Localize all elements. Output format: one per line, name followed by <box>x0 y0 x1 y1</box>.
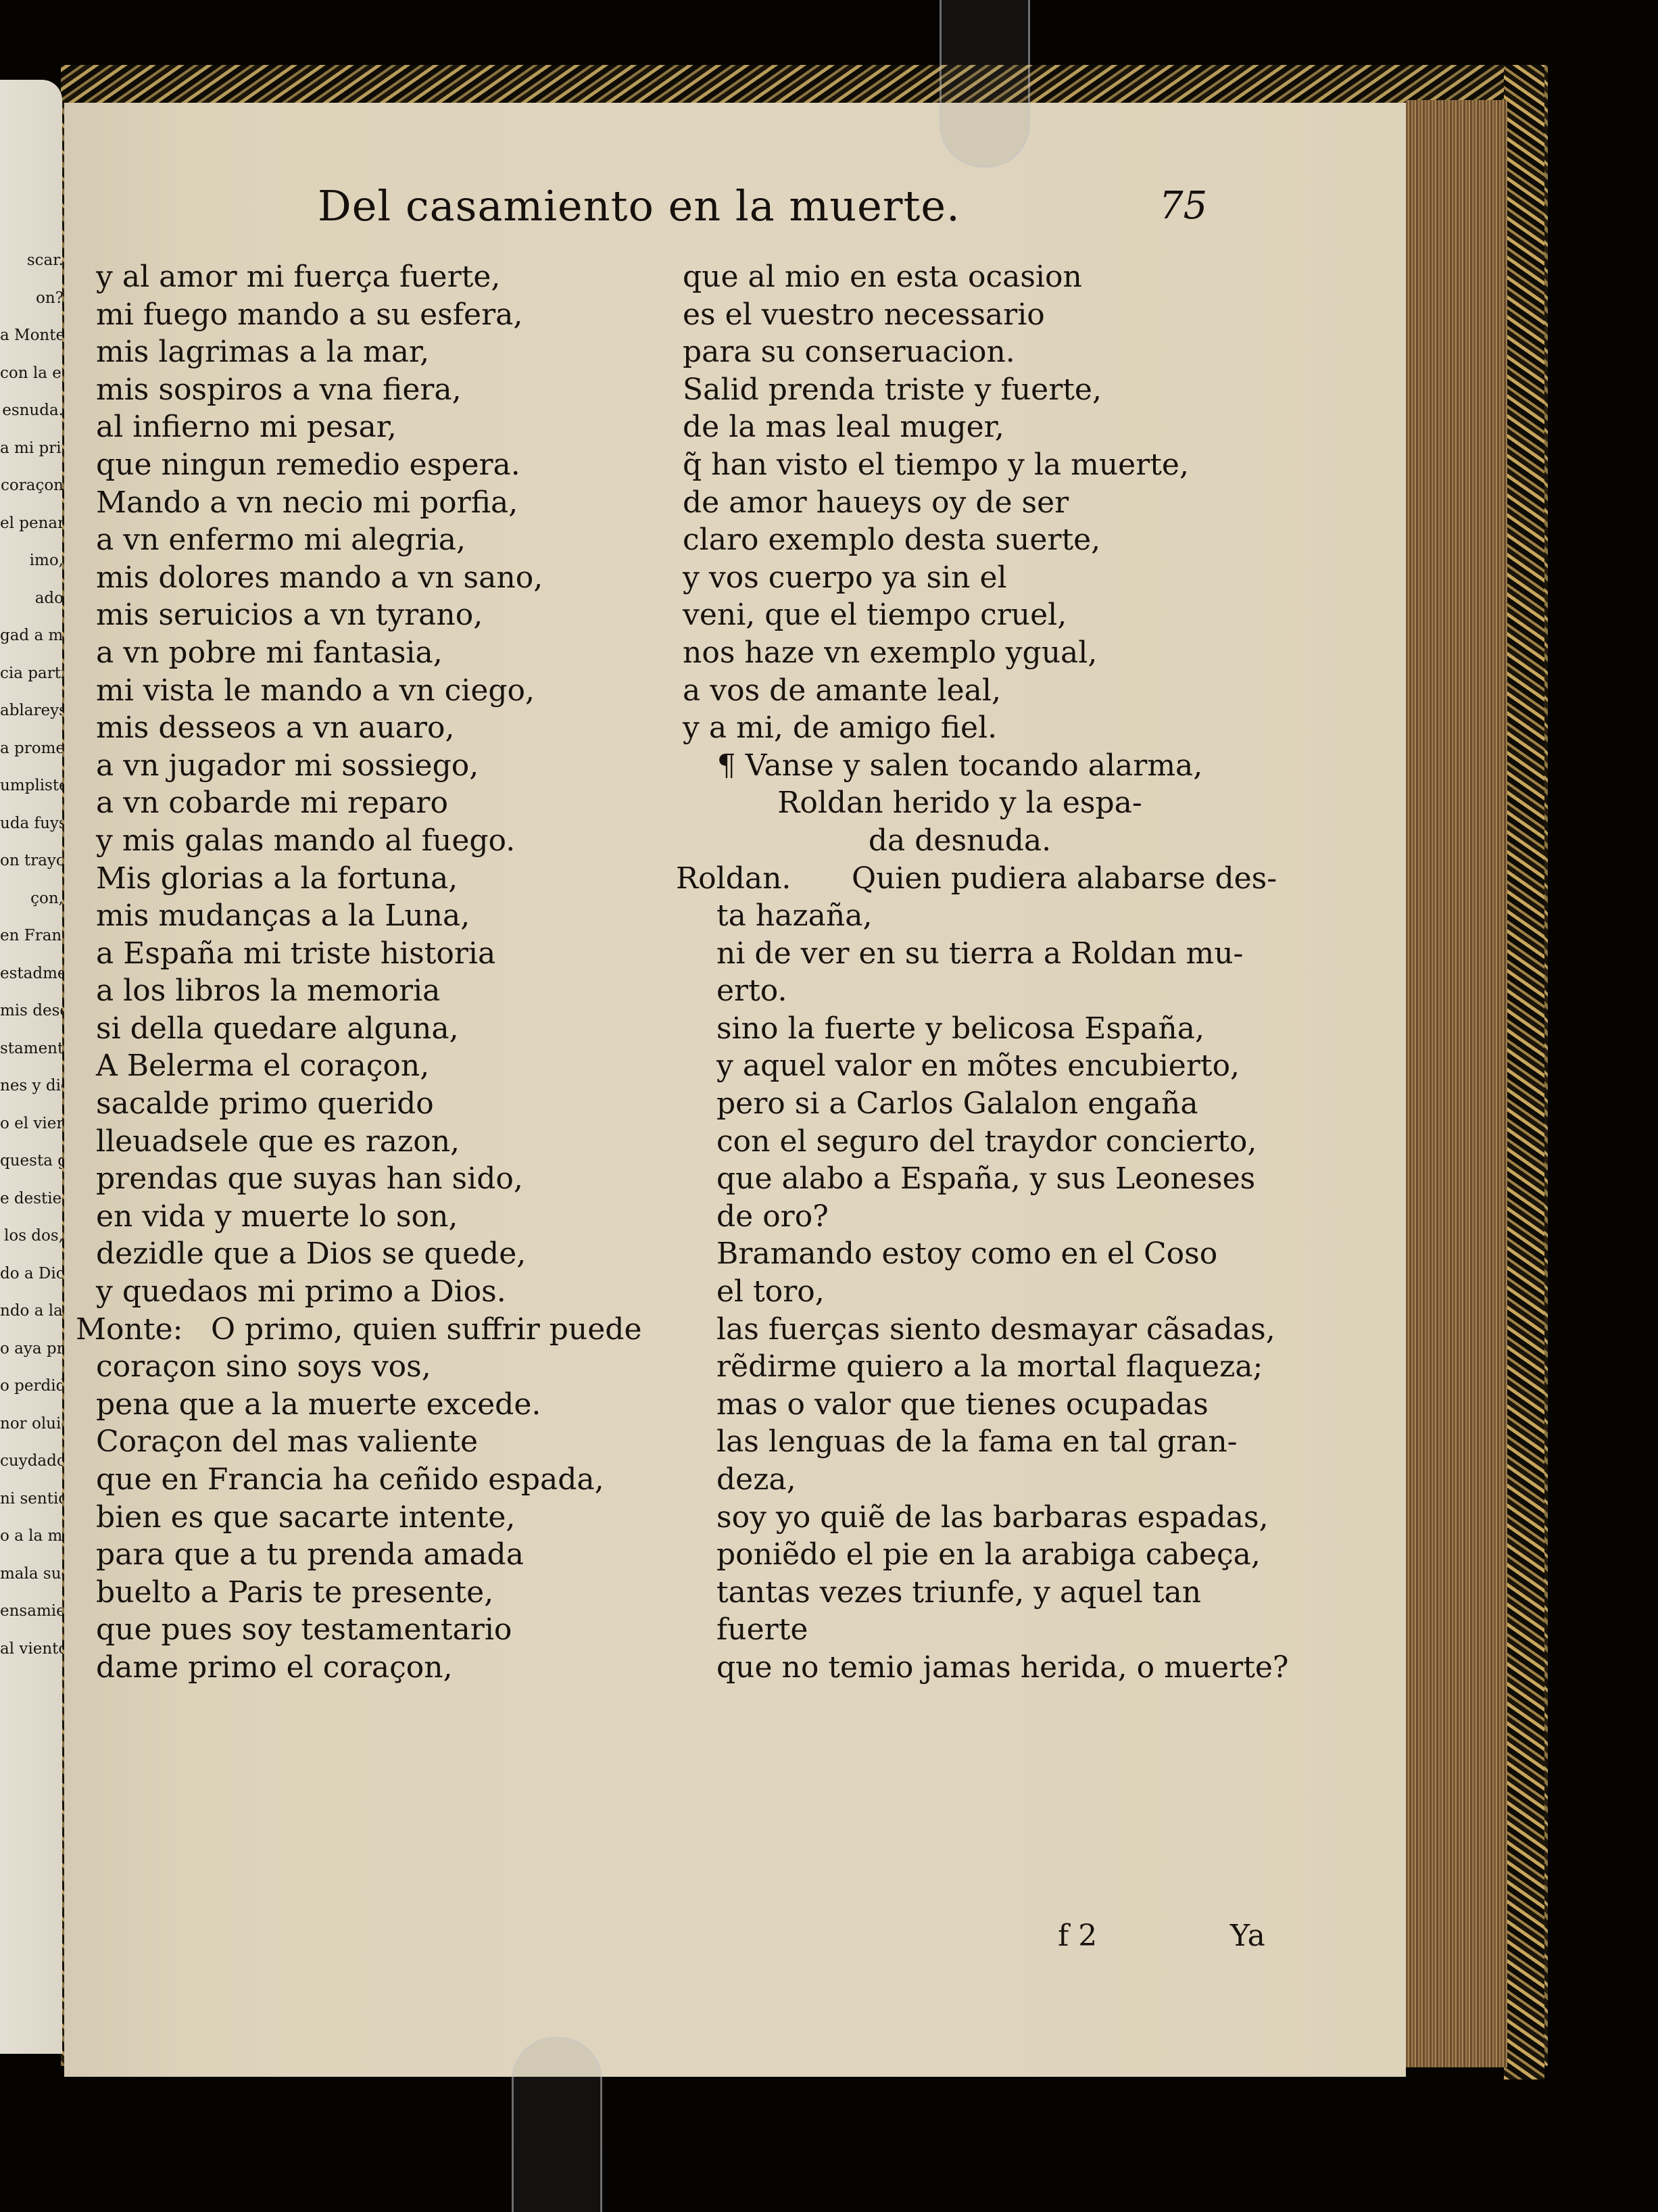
verse-line: para que a tu prenda amada <box>96 1536 642 1574</box>
verse-line: al infierno mi pesar, <box>96 408 642 446</box>
verse-line: el toro, <box>683 1273 1289 1311</box>
signature-mark: f 2 <box>1058 1919 1097 1953</box>
verse-text: mis sospiros a vna fiera, <box>96 372 462 407</box>
verse-text: que alabo a España, y sus Leoneses <box>683 1161 1255 1196</box>
verse-line: Salid prenda triste y fuerte, <box>683 371 1289 409</box>
verse-line: que ningun remedio espera. <box>96 446 642 484</box>
verse-text: y quedaos mi primo a Dios. <box>96 1274 506 1309</box>
verse-line: y vos cuerpo ya sin el <box>683 559 1289 597</box>
verse-text: mas o valor que tienes ocupadas <box>683 1387 1209 1422</box>
facing-page-line: a prometi, <box>0 730 62 768</box>
verse-text: en vida y muerte lo son, <box>96 1199 458 1234</box>
facing-page-line: cuydado, <box>0 1443 62 1481</box>
verse-text: poniẽdo el pie en la arabiga cabeça, <box>683 1537 1261 1572</box>
verse-line: dame primo el coraçon, <box>96 1649 642 1687</box>
verse-line: a vn jugador mi sossiego, <box>96 747 642 785</box>
verse-line: que alabo a España, y sus Leoneses <box>683 1160 1289 1198</box>
facing-page-line: on traycion <box>0 842 62 880</box>
verse-text: tantas vezes triunfe, y aquel tan <box>683 1575 1201 1610</box>
verse-line: de amor haueys oy de ser <box>683 484 1289 522</box>
facing-page-line: o el viento. <box>0 1105 62 1143</box>
verse-text: prendas que suyas han sido, <box>96 1161 523 1196</box>
verse-line: ta hazaña, <box>683 897 1289 935</box>
text-column-left: y al amor mi fuerça fuerte,mi fuego mand… <box>96 258 642 1687</box>
facing-page-line: cia parti <box>0 655 62 693</box>
verse-text: a vn enfermo mi alegria, <box>96 523 466 557</box>
stage-direction: da desnuda. <box>683 822 1237 860</box>
verse-text: a España mi triste historia <box>96 936 495 971</box>
facing-page-line: çon, <box>0 880 62 918</box>
verse-text: a vn pobre mi fantasia, <box>96 635 443 670</box>
verse-text: el toro, <box>683 1274 825 1309</box>
text-column-right: que al mio en esta ocasiones el vuestro … <box>683 258 1289 1687</box>
verse-line: pero si a Carlos Galalon engaña <box>683 1085 1289 1123</box>
page-clip-bottom <box>512 2037 602 2212</box>
speaker-label: Roldan. <box>676 860 791 898</box>
verse-line: Bramando estoy como en el Coso <box>683 1235 1289 1273</box>
facing-page-line: mis desdicha <box>0 992 62 1030</box>
verse-line: dezidle que a Dios se quede, <box>96 1235 642 1273</box>
verse-line: mis dolores mando a vn sano, <box>96 559 642 597</box>
verse-line: a vn cobarde mi reparo <box>96 784 642 822</box>
facing-page-line: o a la muerte, <box>0 1518 62 1556</box>
verse-line: lleuadsele que es razon, <box>96 1123 642 1161</box>
facing-page-text: scar.on?a Montesincon la es.esnuda.a mi … <box>0 80 62 1668</box>
verse-text: soy yo quiẽ de las barbaras espadas, <box>683 1500 1269 1535</box>
verse-line: buelto a Paris te presente, <box>96 1574 642 1612</box>
verse-text: y mis galas mando al fuego. <box>96 823 515 858</box>
verse-text: y a mi, de amigo fiel. <box>683 711 997 745</box>
verse-line: nos haze vn exemplo ygual, <box>683 634 1289 672</box>
verse-line: y a mi, de amigo fiel. <box>683 709 1289 747</box>
verse-text: mis lagrimas a la mar, <box>96 335 429 369</box>
verse-text: es el vuestro necessario <box>683 297 1045 332</box>
facing-page-line: en Francia di <box>0 917 62 955</box>
verse-line: mis lagrimas a la mar, <box>96 333 642 371</box>
verse-line: si della quedare alguna, <box>96 1010 642 1048</box>
facing-page-fragment: scar.on?a Montesincon la es.esnuda.a mi … <box>0 80 62 2054</box>
verse-line: mi fuego mando a su esfera, <box>96 296 642 334</box>
facing-page-line: esnuda. <box>0 392 62 430</box>
verse-text: las fuerças siento desmayar cãsadas, <box>683 1312 1275 1347</box>
facing-page-line: e destierra, <box>0 1180 62 1218</box>
stage-direction-text: Roldan herido y la espa- <box>777 786 1142 820</box>
page-number: 75 <box>1159 184 1207 228</box>
facing-page-line: al viento, <box>0 1631 62 1668</box>
verse-text: Coraçon del mas valiente <box>96 1424 478 1459</box>
verse-line: q̃ han visto el tiempo y la muerte, <box>683 446 1289 484</box>
verse-text: mi fuego mando a su esfera, <box>96 297 522 332</box>
verse-text: mis desseos a vn auaro, <box>96 711 455 745</box>
verse-line: pena que a la muerte excede. <box>96 1386 642 1424</box>
verse-line: rẽdirme quiero a la mortal flaqueza; <box>683 1348 1289 1386</box>
verse-line: erto. <box>683 972 1289 1010</box>
facing-page-line: a mi primo <box>0 430 62 468</box>
verse-text: si della quedare alguna, <box>96 1011 459 1046</box>
verse-line: Roldan.Quien pudiera alabarse des- <box>683 860 1289 898</box>
running-head: Del casamiento en la muerte. <box>318 181 960 231</box>
verse-text: de amor haueys oy de ser <box>683 485 1069 520</box>
verse-line: a vn pobre mi fantasia, <box>96 634 642 672</box>
verse-text: rẽdirme quiero a la mortal flaqueza; <box>683 1349 1263 1384</box>
stage-direction: ¶ Vanse y salen tocando alarma, <box>683 747 1237 785</box>
verse-text: que al mio en esta ocasion <box>683 260 1082 294</box>
verse-line: es el vuestro necessario <box>683 296 1289 334</box>
verse-line: deza, <box>683 1461 1289 1499</box>
verse-text: bien es que sacarte intente, <box>96 1500 515 1535</box>
verse-line: Monte:O primo, quien suffrir puede <box>96 1311 642 1349</box>
verse-text: mi vista le mando a vn ciego, <box>96 673 535 708</box>
verse-line: sino la fuerte y belicosa España, <box>683 1010 1289 1048</box>
facing-page-line: mala suerte, <box>0 1556 62 1593</box>
verse-text: a vn cobarde mi reparo <box>96 786 448 820</box>
facing-page-line: scar. <box>0 242 62 280</box>
facing-page-line: nes y dichas <box>0 1067 62 1105</box>
verse-line: y al amor mi fuerça fuerte, <box>96 258 642 296</box>
verse-text: a vos de amante leal, <box>683 673 1001 708</box>
verse-text: mis seruicios a vn tyrano, <box>96 598 483 632</box>
verse-text: de la mas leal muger, <box>683 410 1004 444</box>
facing-page-line: umpliste, <box>0 767 62 805</box>
verse-text: q̃ han visto el tiempo y la muerte, <box>683 448 1189 482</box>
verse-text: mis dolores mando a vn sano, <box>96 560 543 595</box>
verse-text: Mis glorias a la fortuna, <box>96 861 458 896</box>
verse-text: que ningun remedio espera. <box>96 448 520 482</box>
verse-text: coraçon sino soys vos, <box>96 1349 431 1384</box>
verse-line: que en Francia ha ceñido espada, <box>96 1461 642 1499</box>
verse-text: de oro? <box>683 1199 829 1234</box>
facing-page-line: estadme ate <box>0 955 62 993</box>
facing-page-line: ensamiento, <box>0 1593 62 1631</box>
facing-page-line: o aya prouado <box>0 1330 62 1368</box>
verse-line: mis desseos a vn auaro, <box>96 709 642 747</box>
page-edges <box>1406 100 1507 2067</box>
verse-line: de oro? <box>683 1198 1289 1236</box>
verse-text: deza, <box>683 1462 796 1497</box>
verse-line: poniẽdo el pie en la arabiga cabeça, <box>683 1536 1289 1574</box>
verse-text: a los libros la memoria <box>96 973 440 1008</box>
verse-text: que pues soy testamentario <box>96 1612 512 1647</box>
verse-line: de la mas leal muger, <box>683 408 1289 446</box>
facing-page-line: con la es. <box>0 355 62 393</box>
verse-text: Salid prenda triste y fuerte, <box>683 372 1102 407</box>
facing-page-line: gad a mi, <box>0 617 62 655</box>
verse-line: que pues soy testamentario <box>96 1611 642 1649</box>
facing-page-line: a Montesin <box>0 317 62 355</box>
gilt-top-border <box>61 65 1544 103</box>
verse-text: claro exemplo desta suerte, <box>683 523 1100 557</box>
verse-line: que no temio jamas herida, o muerte? <box>683 1649 1289 1687</box>
verse-line: las lenguas de la fama en tal gran- <box>683 1423 1289 1461</box>
facing-page-line: los dos, <box>0 1218 62 1255</box>
verse-line: claro exemplo desta suerte, <box>683 521 1289 559</box>
verse-line: que al mio en esta ocasion <box>683 258 1289 296</box>
verse-text: A Belerma el coraçon, <box>96 1049 429 1083</box>
facing-page-line: el penar, <box>0 505 62 543</box>
facing-page-line: coraçon <box>0 467 62 505</box>
facing-page-line: ablareys sem <box>0 692 62 730</box>
verse-text: pero si a Carlos Galalon engaña <box>683 1086 1198 1121</box>
verse-line: ni de ver en su tierra a Roldan mu- <box>683 935 1289 973</box>
verse-text: al infierno mi pesar, <box>96 410 397 444</box>
verse-text: ni de ver en su tierra a Roldan mu- <box>683 936 1243 971</box>
verse-line: a España mi triste historia <box>96 935 642 973</box>
verse-line: A Belerma el coraçon, <box>96 1047 642 1085</box>
verse-line: veni, que el tiempo cruel, <box>683 596 1289 634</box>
verse-text: pena que a la muerte excede. <box>96 1387 541 1422</box>
verse-line: y quedaos mi primo a Dios. <box>96 1273 642 1311</box>
stage-direction-text: da desnuda. <box>869 823 1051 858</box>
verse-line: para su conseruacion. <box>683 333 1289 371</box>
facing-page-line: nor oluidado, <box>0 1405 62 1443</box>
verse-line: a vn enfermo mi alegria, <box>96 521 642 559</box>
facing-page-line: o perdido <box>0 1368 62 1405</box>
gilt-right-border <box>1504 65 1544 2079</box>
verse-text: a vn jugador mi sossiego, <box>96 748 479 783</box>
verse-text: sino la fuerte y belicosa España, <box>683 1011 1204 1046</box>
verse-line: tantas vezes triunfe, y aquel tan <box>683 1574 1289 1612</box>
verse-text: que no temio jamas herida, o muerte? <box>683 1650 1289 1685</box>
verse-text: las lenguas de la fama en tal gran- <box>683 1424 1238 1459</box>
verse-line: a vos de amante leal, <box>683 672 1289 710</box>
facing-page-line: ado <box>0 580 62 618</box>
verse-line: en vida y muerte lo son, <box>96 1198 642 1236</box>
verse-line: soy yo quiẽ de las barbaras espadas, <box>683 1499 1289 1537</box>
verse-line: sacalde primo querido <box>96 1085 642 1123</box>
verse-line: a los libros la memoria <box>96 972 642 1010</box>
verse-text: fuerte <box>683 1612 808 1647</box>
page-clip-top <box>940 0 1030 168</box>
verse-text: y vos cuerpo ya sin el <box>683 560 1007 595</box>
verse-line: coraçon sino soys vos, <box>96 1348 642 1386</box>
verse-text: nos haze vn exemplo ygual, <box>683 635 1097 670</box>
facing-page-line: imo, <box>0 542 62 580</box>
verse-text: para su conseruacion. <box>683 335 1015 369</box>
verse-text: Bramando estoy como en el Coso <box>683 1236 1217 1271</box>
verse-text: Mando a vn necio mi porfia, <box>96 485 518 520</box>
facing-page-line: uda fuyste, <box>0 805 62 843</box>
facing-page-line: stamento, <box>0 1030 62 1068</box>
verse-text: que en Francia ha ceñido espada, <box>96 1462 604 1497</box>
verse-line: mis mudanças a la Luna, <box>96 897 642 935</box>
verse-text: sacalde primo querido <box>96 1086 434 1121</box>
verse-line: prendas que suyas han sido, <box>96 1160 642 1198</box>
catchword: Ya <box>1230 1919 1265 1953</box>
verse-line: y aquel valor en mõtes encubierto, <box>683 1047 1289 1085</box>
verse-text: dame primo el coraçon, <box>96 1650 453 1685</box>
verse-line: mas o valor que tienes ocupadas <box>683 1386 1289 1424</box>
facing-page-line: do a Dios, <box>0 1255 62 1293</box>
verse-line: mis sospiros a vna fiera, <box>96 371 642 409</box>
verse-text: para que a tu prenda amada <box>96 1537 524 1572</box>
verse-line: y mis galas mando al fuego. <box>96 822 642 860</box>
verse-text: erto. <box>683 973 787 1008</box>
facing-page-line: on? <box>0 280 62 318</box>
stage-direction-text: ¶ Vanse y salen tocando alarma, <box>717 748 1203 783</box>
speaker-label: Monte: <box>76 1311 182 1349</box>
facing-page-line: ni sentido: <box>0 1481 62 1518</box>
verse-text: ta hazaña, <box>683 898 872 933</box>
verse-line: Coraçon del mas valiente <box>96 1423 642 1461</box>
verse-line: Mando a vn necio mi porfia, <box>96 484 642 522</box>
facing-page-line: ndo a la tierra <box>0 1293 62 1330</box>
verse-line: las fuerças siento desmayar cãsadas, <box>683 1311 1289 1349</box>
verse-line: bien es que sacarte intente, <box>96 1499 642 1537</box>
facing-page-line: questa guerra, <box>0 1143 62 1180</box>
verse-text: buelto a Paris te presente, <box>96 1575 493 1610</box>
stage-direction: Roldan herido y la espa- <box>683 784 1237 822</box>
verse-line: con el seguro del traydor concierto, <box>683 1123 1289 1161</box>
verse-line: mi vista le mando a vn ciego, <box>96 672 642 710</box>
verse-line: fuerte <box>683 1611 1289 1649</box>
verse-text: mis mudanças a la Luna, <box>96 898 470 933</box>
verse-text: dezidle que a Dios se quede, <box>96 1236 526 1271</box>
verse-line: mis seruicios a vn tyrano, <box>96 596 642 634</box>
verse-text: y aquel valor en mõtes encubierto, <box>683 1049 1240 1083</box>
verse-text: veni, que el tiempo cruel, <box>683 598 1067 632</box>
verse-text: y al amor mi fuerça fuerte, <box>96 260 500 294</box>
verse-text: con el seguro del traydor concierto, <box>683 1124 1257 1159</box>
verse-line: Mis glorias a la fortuna, <box>96 860 642 898</box>
verse-text: lleuadsele que es razon, <box>96 1124 460 1159</box>
